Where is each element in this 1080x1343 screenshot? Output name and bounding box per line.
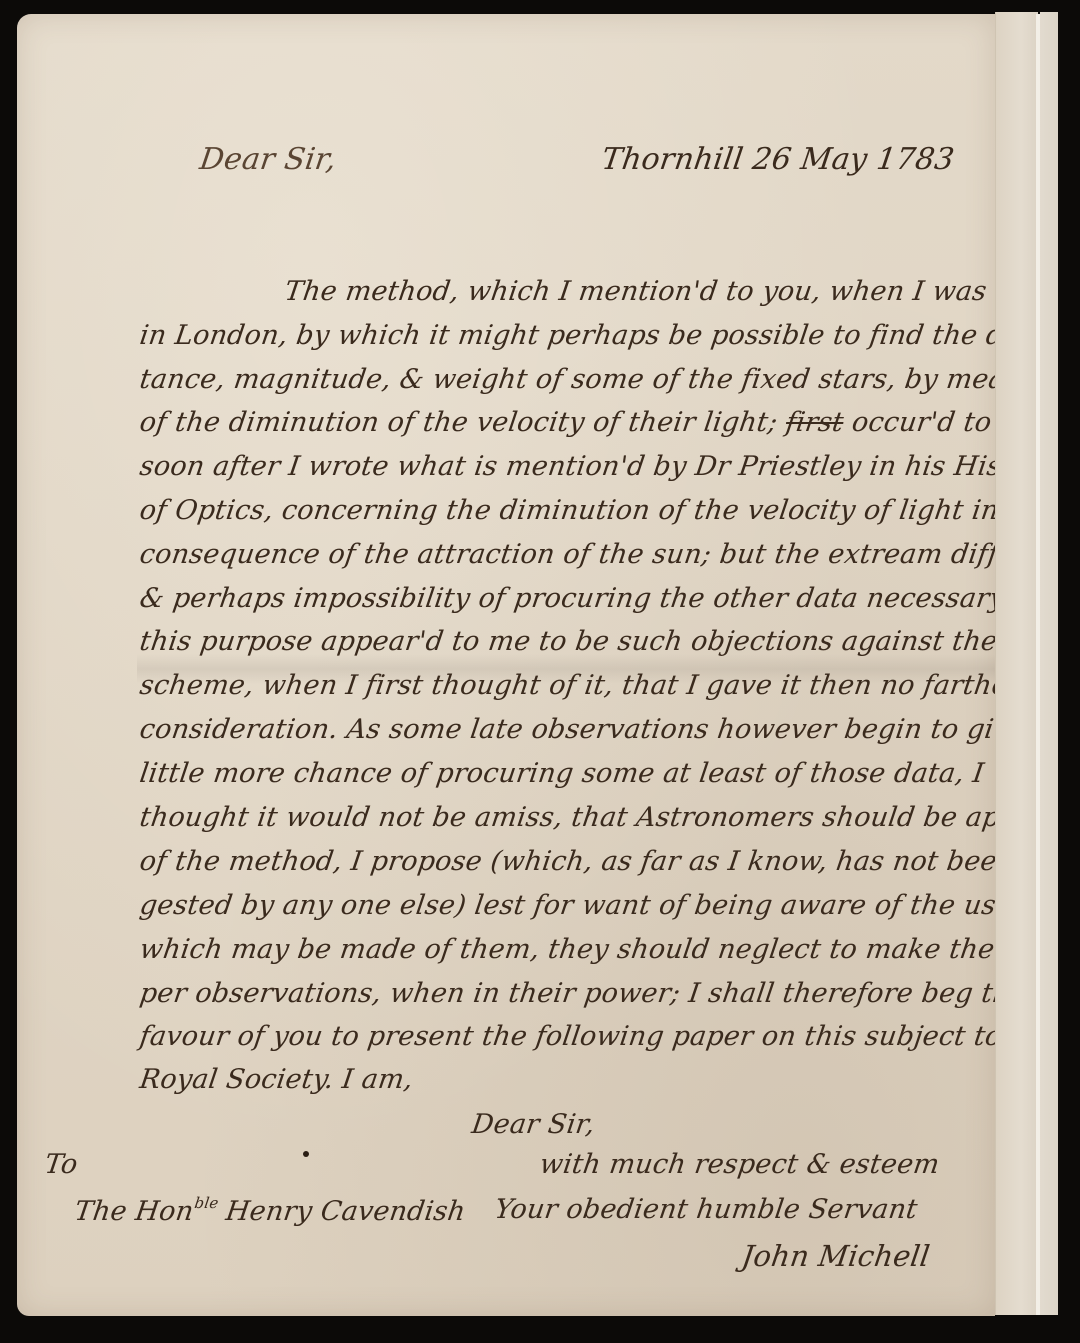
page-edge-strip — [1040, 12, 1058, 1315]
body-line-4-tail: occur'd to — [850, 407, 994, 438]
body-line-7: consequence of the attraction of the sun… — [138, 539, 995, 570]
body-line-17: per observations, when in their power; I… — [138, 978, 995, 1009]
closing-line-1: with much respect & esteem — [538, 1149, 942, 1180]
place-date: Thornhill 26 May 1783 — [600, 142, 957, 177]
body-line-9: this purpose appear'd to me to be such o… — [138, 626, 995, 657]
body-line-18: favour of you to present the following p… — [138, 1021, 995, 1052]
signature: John Michell — [740, 1239, 932, 1273]
page-fold-strip — [995, 12, 1038, 1315]
body-line-3: tance, magnitude, & weight of some of th… — [138, 364, 995, 395]
body-line-6: of Optics, concerning the diminution of … — [138, 495, 995, 526]
body-line-15: gested by any one else) lest for want of… — [138, 890, 995, 921]
body-line-14: of the method, I propose (which, as far … — [138, 846, 995, 877]
body-line-12: little more chance of procuring some at … — [138, 758, 986, 789]
body-line-13: thought it would not be amiss, that Astr… — [138, 802, 995, 833]
closing-salutation: Dear Sir, — [470, 1109, 597, 1140]
struck-word: first — [784, 407, 846, 438]
body-line-4-text: of the diminution of the velocity of the… — [138, 407, 780, 438]
addressee-prefix: To — [43, 1149, 80, 1180]
ink-dot — [303, 1151, 309, 1157]
salutation: Dear Sir, — [198, 142, 339, 177]
closing-line-2: Your obedient humble Servant — [493, 1194, 920, 1225]
body-line-5: soon after I wrote what is mention'd by … — [138, 451, 995, 482]
letter-sheet: Dear Sir, Thornhill 26 May 1783 The meth… — [17, 14, 995, 1316]
body-line-10: scheme, when I first thought of it, that… — [138, 670, 995, 701]
body-line-4: of the diminution of the velocity of the… — [138, 407, 994, 438]
addressee-name: The Honble Henry Cavendish — [73, 1194, 468, 1227]
body-line-11: consideration. As some late observations… — [138, 714, 995, 745]
body-line-8: & perhaps impossibility of procuring the… — [138, 583, 995, 614]
body-line-16: which may be made of them, they should n… — [138, 934, 995, 965]
honorific-superscript: ble — [193, 1194, 219, 1212]
body-line-19: Royal Society. I am, — [138, 1064, 415, 1095]
body-line-1: The method, which I mention'd to you, wh… — [283, 276, 989, 307]
body-line-2: in London, by which it might perhaps be … — [138, 320, 995, 351]
